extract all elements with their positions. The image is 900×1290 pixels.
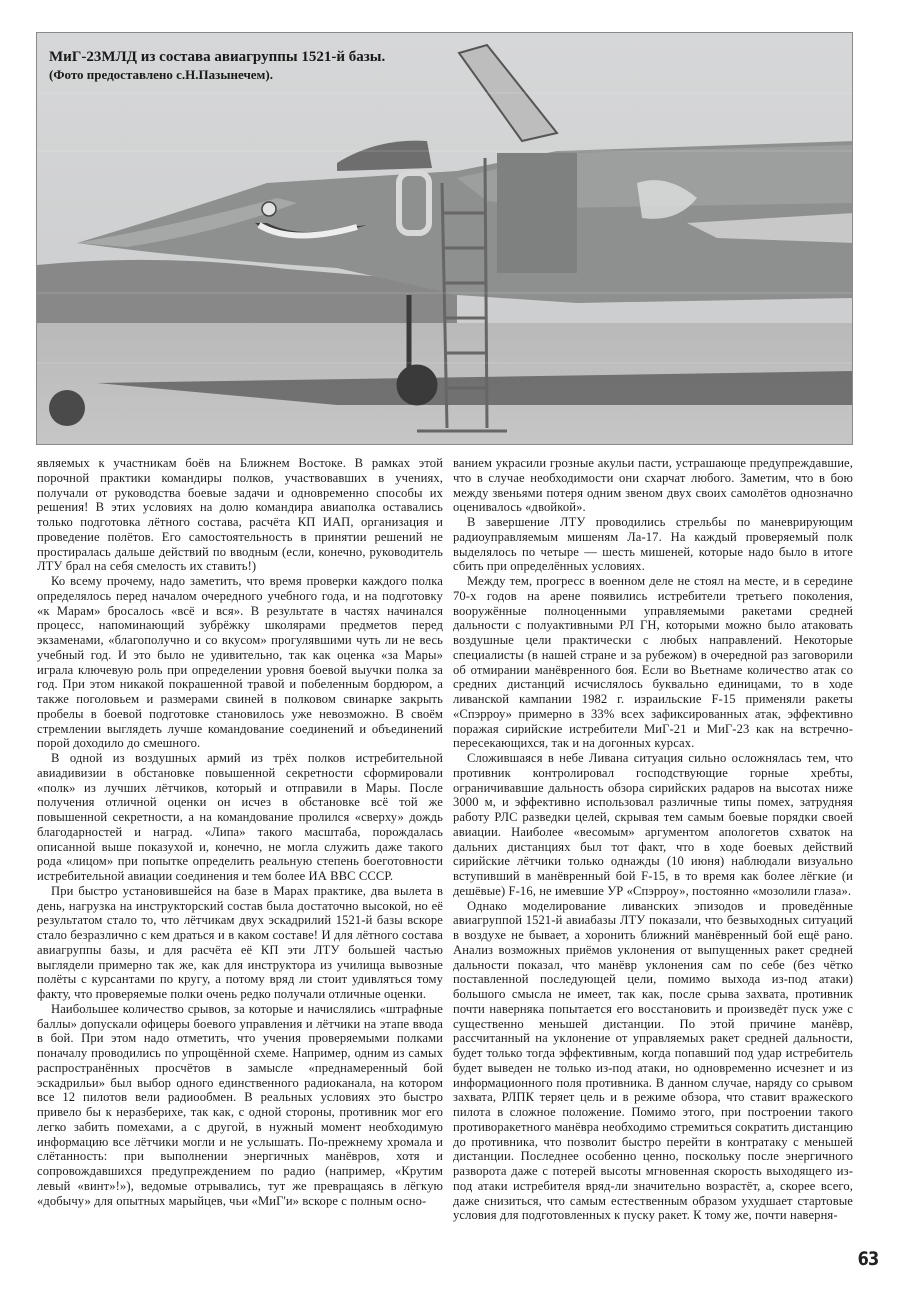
paragraph: Между тем, прогресс в военном деле не ст…: [453, 574, 853, 751]
paragraph: Сложившаяся в небе Ливана ситуация сильн…: [453, 751, 853, 899]
aircraft-photo: МиГ-23МЛД из состава авиагруппы 1521-й б…: [36, 32, 853, 445]
paragraph: Ко всему прочему, надо заметить, что вре…: [37, 574, 443, 751]
caption-credit: (Фото предоставлено с.Н.Пазынечем).: [49, 66, 385, 83]
paragraph: В одной из воздушных армий из трёх полко…: [37, 751, 443, 884]
paragraph: являемых к участникам боёв на Ближнем Во…: [37, 456, 443, 574]
article-column-left: являемых к участникам боёв на Ближнем Во…: [37, 456, 443, 1208]
paragraph: ванием украсили грозные акульи пасти, ус…: [453, 456, 853, 515]
mig23-photo-illustration: [37, 33, 853, 445]
caption-title: МиГ-23МЛД из состава авиагруппы 1521-й б…: [49, 49, 385, 66]
paragraph: Наибольшее количество срывов, за которые…: [37, 1002, 443, 1209]
paragraph: В завершение ЛТУ проводились стрельбы по…: [453, 515, 853, 574]
photo-caption: МиГ-23МЛД из состава авиагруппы 1521-й б…: [49, 49, 385, 83]
paragraph: При быстро установившейся на базе в Мара…: [37, 884, 443, 1002]
page-number: 63: [857, 1248, 878, 1270]
article-column-right: ванием украсили грозные акульи пасти, ус…: [453, 456, 853, 1223]
paragraph: Однако моделирование ливанских эпизодов …: [453, 899, 853, 1224]
